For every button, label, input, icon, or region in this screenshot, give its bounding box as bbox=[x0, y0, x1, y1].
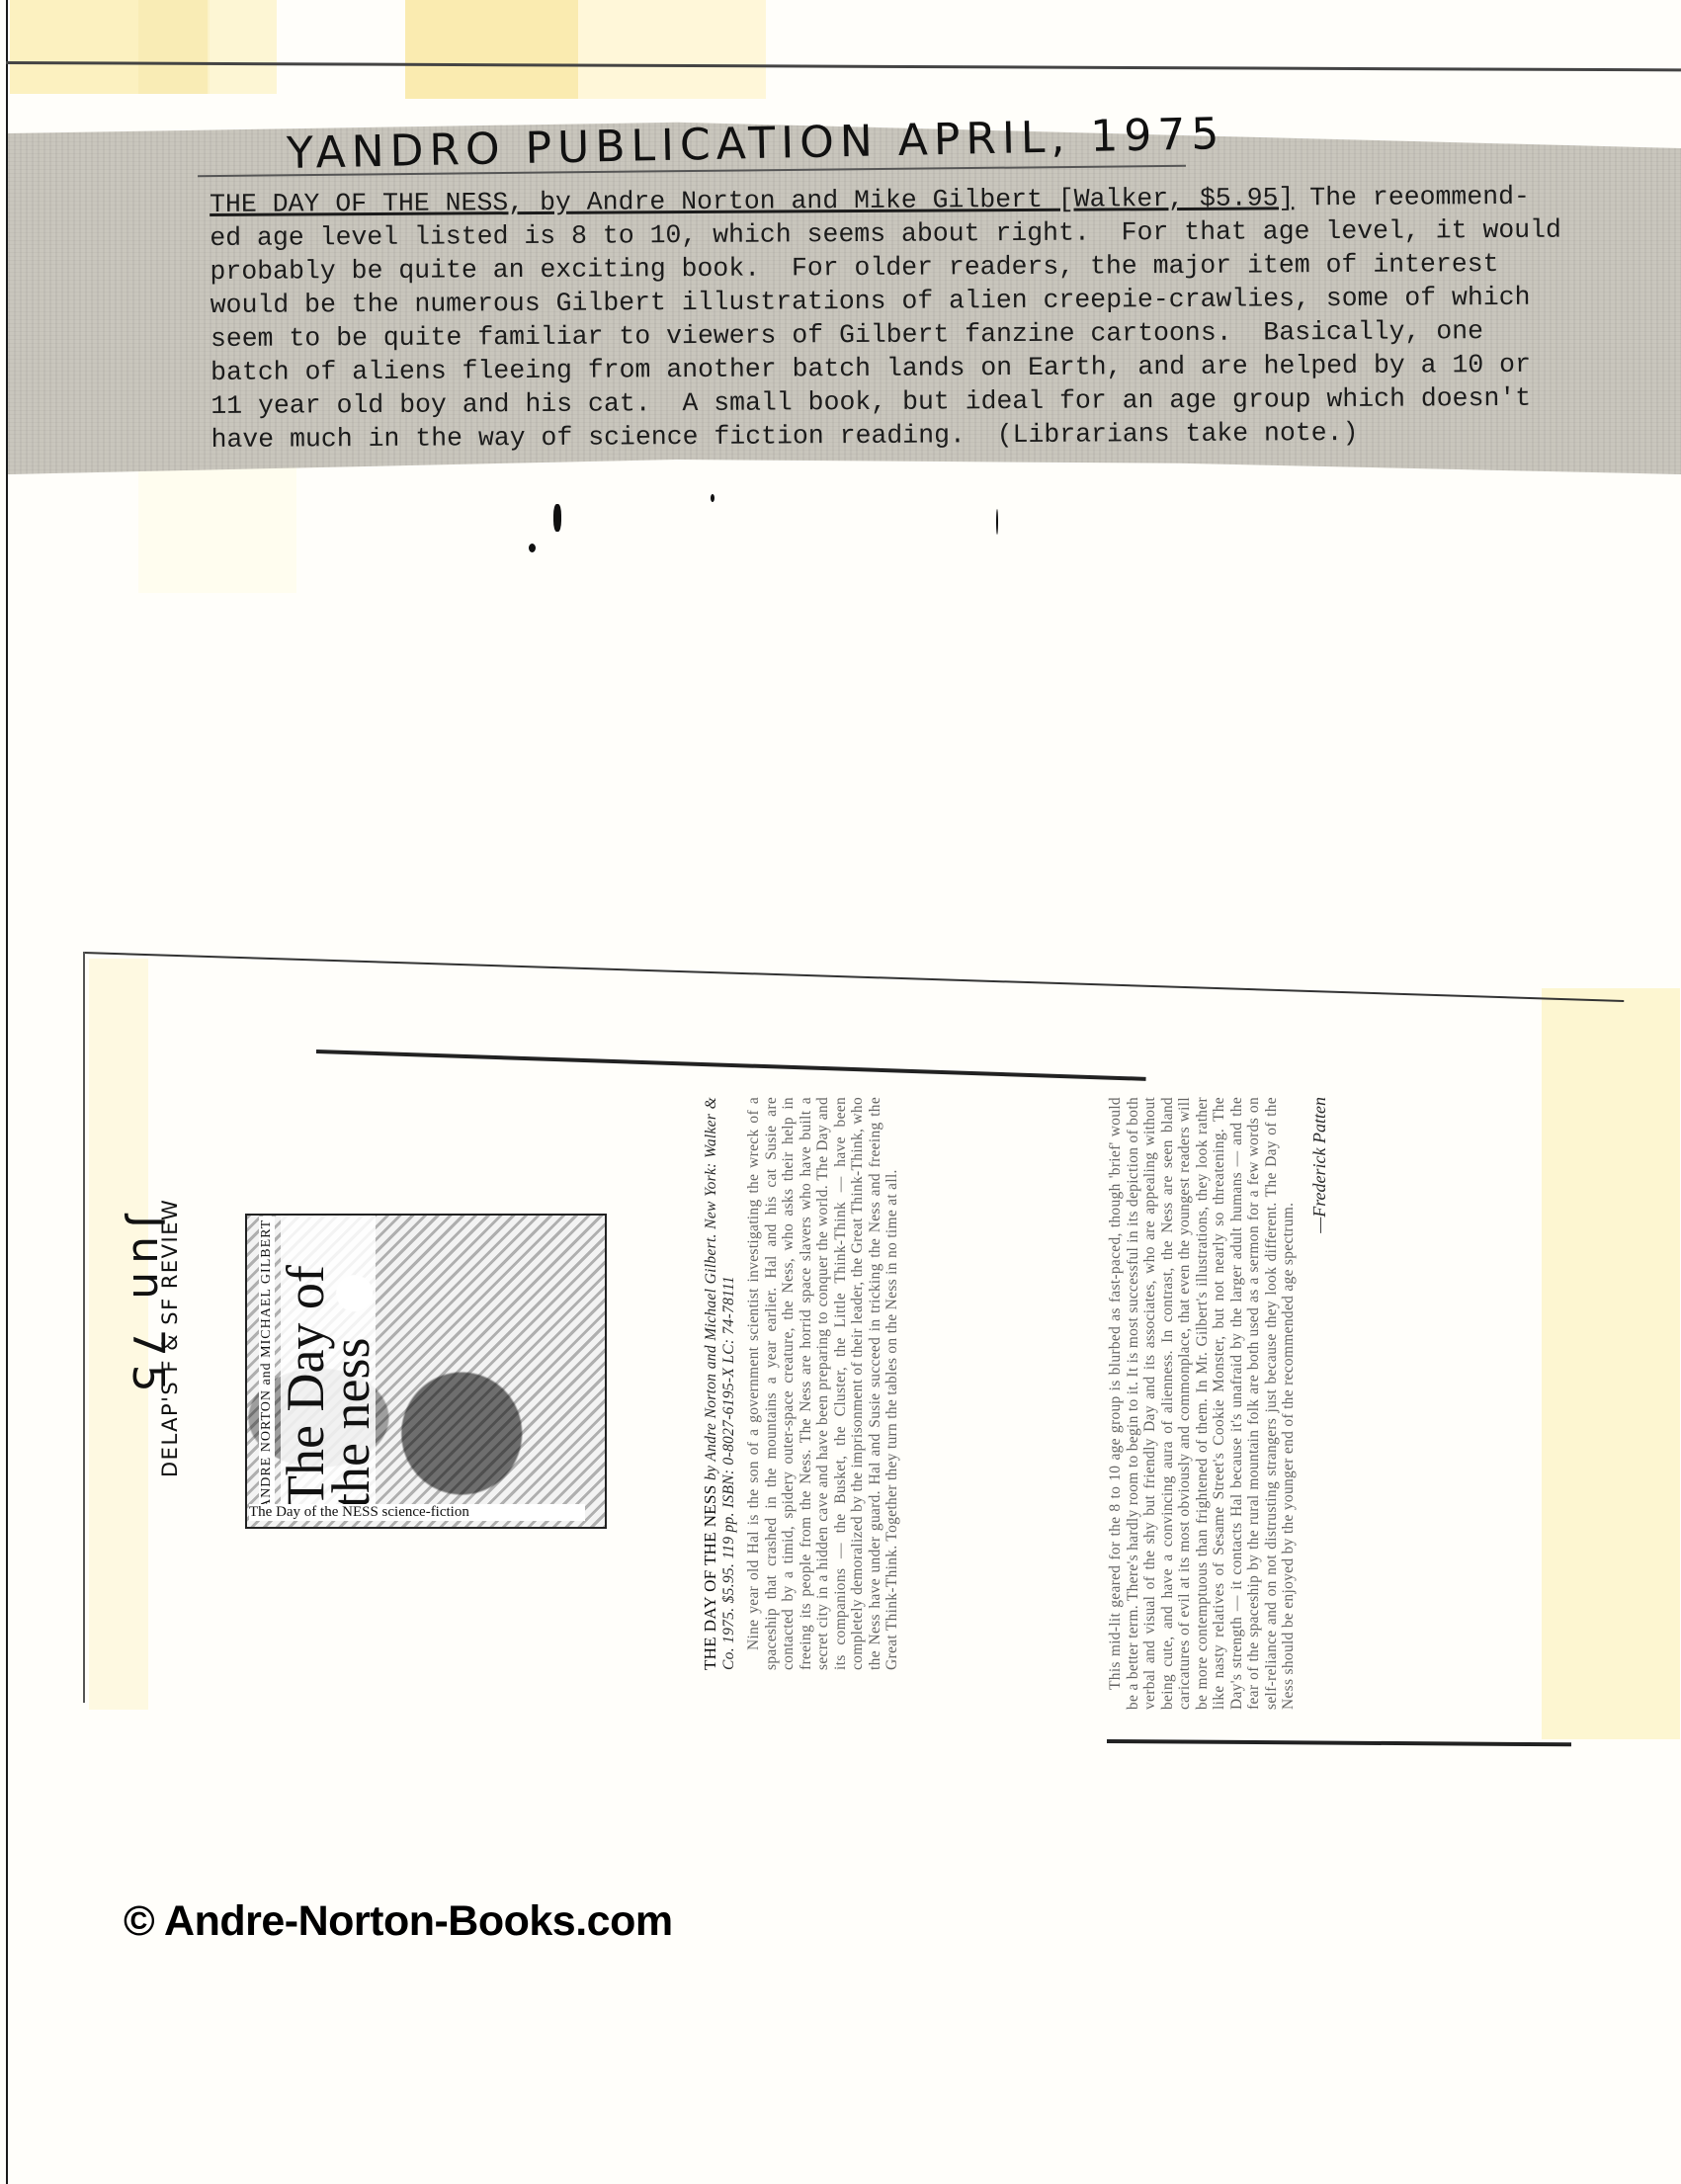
review-line: probably be quite an exciting book. For … bbox=[210, 249, 1498, 287]
review-paragraph: This mid-lit geared for the 8 to 10 age … bbox=[1107, 1097, 1298, 1710]
handwritten-date: Jun 75 bbox=[123, 1216, 173, 1400]
cover-caption: The Day of the NESS science-fiction bbox=[249, 1504, 585, 1521]
page-edge bbox=[6, 0, 8, 2184]
review-line: ed age level listed is 8 to 10, which se… bbox=[210, 215, 1561, 253]
column-rule bbox=[1107, 1739, 1571, 1746]
review-line: 11 year old boy and his cat. A small boo… bbox=[210, 383, 1531, 421]
copyright-watermark: © Andre-Norton-Books.com bbox=[124, 1897, 673, 1946]
clipping-edge-line bbox=[83, 952, 85, 1703]
column-rule bbox=[316, 1050, 1146, 1081]
book-cover-image: ANDRE NORTON and MICHAEL GILBERT The Day… bbox=[245, 1214, 607, 1529]
tape-strip bbox=[578, 0, 766, 99]
delap-review-column-2: This mid-lit geared for the 8 to 10 age … bbox=[1107, 1097, 1328, 1710]
scan-speck bbox=[553, 504, 561, 532]
tape-strip bbox=[138, 0, 210, 94]
review-paragraph: Nine year old Hal is the son of a govern… bbox=[745, 1097, 901, 1670]
tape-strip bbox=[1542, 988, 1680, 1739]
cover-text: ANDRE NORTON and MICHAEL GILBERT The Day… bbox=[257, 1216, 474, 1512]
cover-title: The Day of the ness bbox=[281, 1216, 376, 1512]
tape-strip bbox=[405, 0, 578, 99]
delap-review-column-1: THE DAY OF THE NESS by Andre Norton and … bbox=[702, 1097, 901, 1670]
review-heading: THE DAY OF THE NESS by Andre Norton and … bbox=[702, 1097, 737, 1670]
scan-speck bbox=[711, 494, 714, 502]
review-byline: by Andre Norton and Michael Gilbert. bbox=[703, 1233, 719, 1480]
review-line: would be the numerous Gilbert illustrati… bbox=[210, 283, 1531, 320]
yandro-review-text: THE DAY OF THE NESS, by Andre Norton and… bbox=[210, 179, 1654, 457]
review-line: The reeommend- bbox=[1294, 182, 1530, 212]
clipping-edge-line bbox=[83, 952, 1624, 1002]
review-line: seem to be quite familiar to viewers of … bbox=[210, 316, 1483, 354]
cover-authors: ANDRE NORTON and MICHAEL GILBERT bbox=[259, 1217, 275, 1512]
scan-speck bbox=[996, 509, 998, 535]
review-line: batch of aliens fleeing from another bat… bbox=[210, 350, 1531, 387]
tape-strip bbox=[10, 0, 138, 94]
tape-strip bbox=[208, 0, 277, 94]
review-title-line: THE DAY OF THE NESS, by Andre Norton and… bbox=[210, 183, 1294, 219]
reviewer-signature: —Frederick Patten bbox=[1311, 1097, 1329, 1710]
review-line: have much in the way of science fiction … bbox=[210, 418, 1358, 455]
scan-speck bbox=[529, 544, 536, 552]
